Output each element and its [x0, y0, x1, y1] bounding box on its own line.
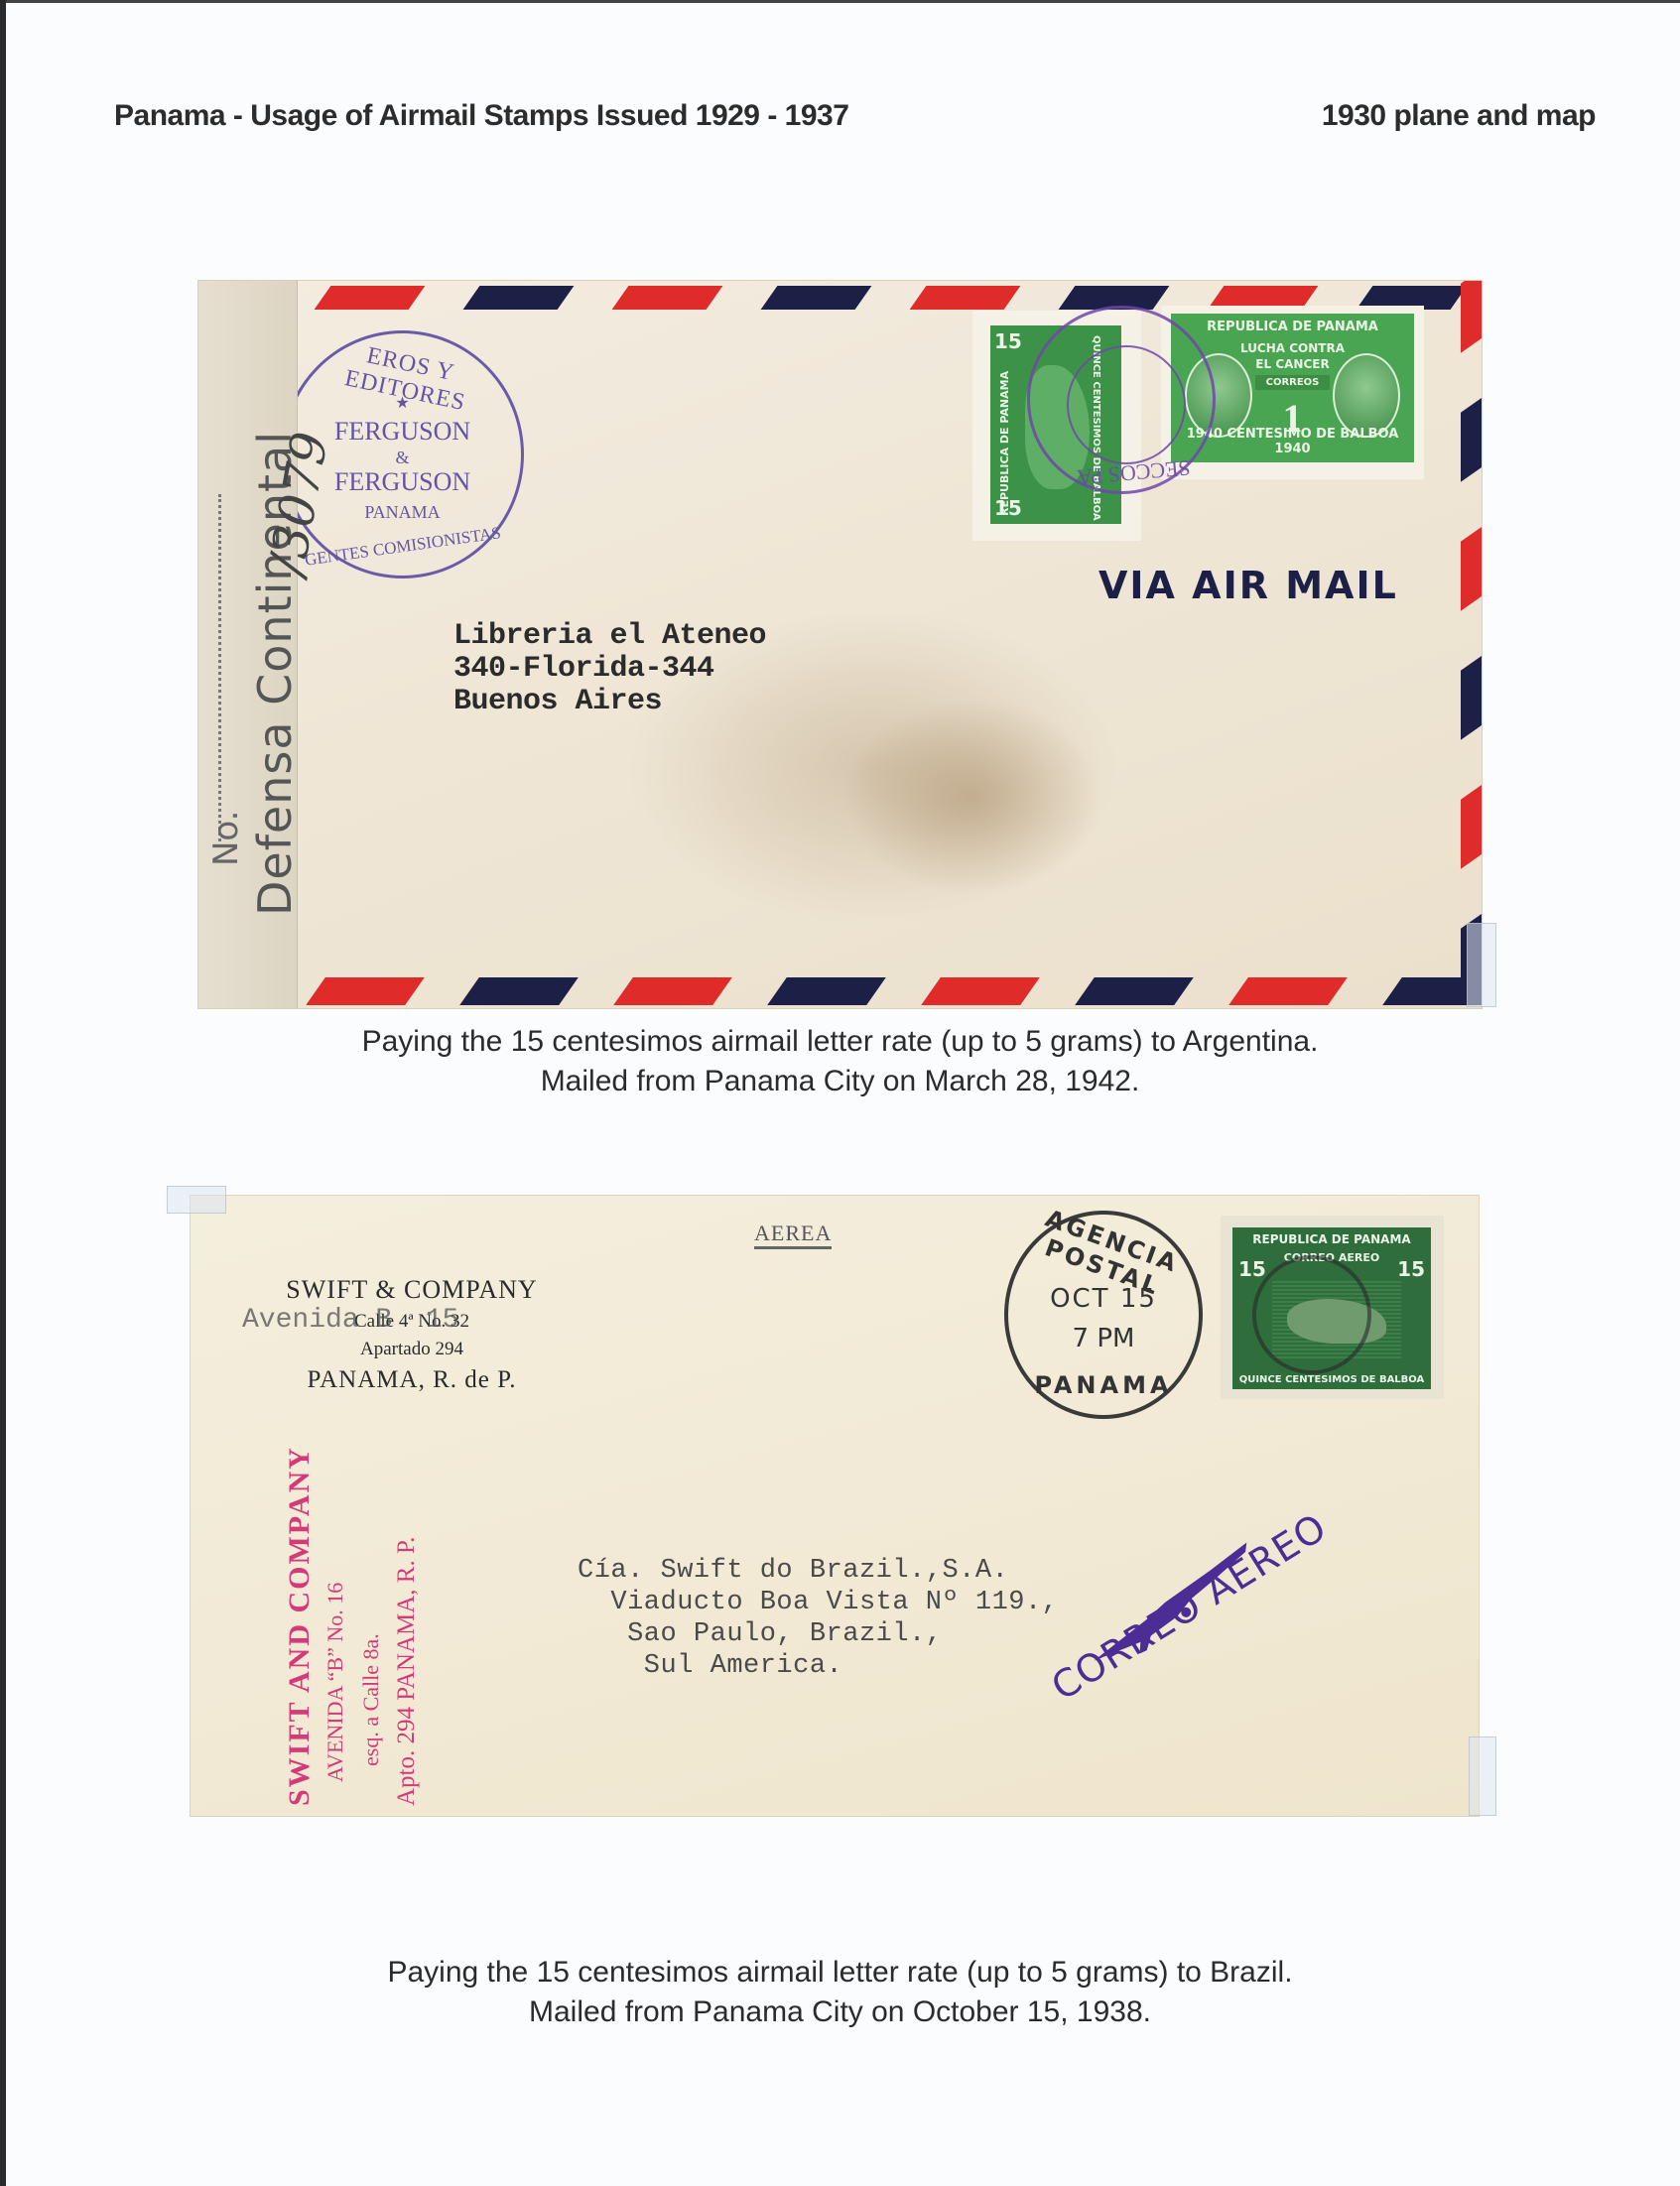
airmail-stripe — [612, 286, 723, 310]
page-subtitle: 1930 plane and map — [1322, 99, 1596, 133]
postmark-bottom-text: PANAMA — [1008, 1371, 1199, 1399]
seal-arc-bottom: GENTES COMISIONISTAS — [304, 523, 503, 571]
airmail-border-right — [1461, 281, 1482, 990]
correo-aereo-handstamp: CORREO AEREO — [1044, 1505, 1335, 1710]
airmail-stripe — [315, 286, 426, 310]
stamp-value: 15 — [994, 329, 1022, 353]
caption-line: Mailed from Panama City on March 28, 194… — [0, 1062, 1680, 1101]
postmark-date: OCT 15 — [1008, 1284, 1199, 1314]
portrait-marie-curie-icon — [1333, 353, 1400, 438]
star-icon: ★ — [284, 393, 521, 413]
airmail-stripe — [463, 286, 575, 310]
airmail-border-bottom — [316, 977, 1482, 1005]
stamp-text: LUCHA CONTRA — [1211, 341, 1374, 355]
sender-name: SWIFT & COMPANY — [248, 1275, 576, 1305]
airmail-stripe — [761, 286, 872, 310]
page-title: Panama - Usage of Airmail Stamps Issued … — [114, 99, 848, 133]
airmail-stripe — [1461, 784, 1482, 868]
recipient-address: Libreria el Ateneo340-Florida-344Buenos … — [453, 620, 766, 718]
stamp-value: 15 — [1397, 1257, 1425, 1281]
sender-po-box: Apartado 294 — [248, 1339, 576, 1360]
airmail-stripe — [1461, 397, 1482, 481]
cover-argentina-envelope: 15 15 REPUBLICA DE PANAMA QUINCE CENTESI… — [198, 281, 1482, 1008]
address-overprint: Avenida B 15 — [242, 1305, 458, 1336]
caption-line: Paying the 15 centesimos airmail letter … — [0, 1953, 1680, 1993]
scan-edge-top — [0, 0, 1680, 3]
airmail-stripe — [1461, 526, 1482, 610]
airmail-stripe — [1461, 655, 1482, 739]
censor-number-label: No. — [206, 811, 246, 866]
airmail-stripe — [921, 977, 1040, 1005]
airmail-stripe — [1461, 281, 1482, 353]
caption-cover-2: Paying the 15 centesimos airmail letter … — [0, 1953, 1680, 2032]
stamp-type: CORREOS — [1255, 375, 1330, 390]
airmail-stripe — [613, 977, 732, 1005]
handstamp-line: SWIFT AND COMPANY — [282, 1446, 318, 1806]
airmail-stripe — [306, 977, 425, 1005]
postmark-time: 7 PM — [1008, 1324, 1199, 1353]
handstamp-line: Apto. 294 PANAMA, R. P. — [389, 1446, 425, 1806]
caption-cover-1: Paying the 15 centesimos airmail letter … — [0, 1022, 1680, 1101]
airmail-stripe — [459, 977, 579, 1005]
stamp-value: 15 — [1238, 1257, 1266, 1281]
cover-brazil-envelope: AEREA SWIFT & COMPANY Calle 4ª No. 32 Ap… — [191, 1196, 1479, 1816]
stamp-country: REPUBLICA DE PANAMA — [998, 371, 1011, 516]
mount-corner — [1469, 1736, 1496, 1816]
mount-corner — [1467, 923, 1496, 1007]
via-air-mail-marking: VIA AIR MAIL — [1098, 564, 1398, 607]
handstamp-line: esq. a Calle 8a. — [353, 1446, 389, 1806]
aerea-marking: AEREA — [754, 1221, 832, 1249]
stamp-country: REPUBLICA DE PANAMA — [1171, 320, 1414, 334]
censor-tape: No. Defensa Continental /3079 — [198, 281, 298, 1008]
red-sender-handstamp: SWIFT AND COMPANY AVENIDA “B” No. 16 esq… — [282, 1446, 425, 1806]
censor-dotted-line — [218, 494, 222, 841]
stamp-denomination: QUINCE CENTESIMOS DE BALBOA — [1232, 1374, 1431, 1385]
airmail-stripe — [1075, 977, 1194, 1005]
agencia-postal-postmark: AGENCIA POSTAL OCT 15 7 PM PANAMA — [1004, 1211, 1203, 1419]
recipient-address: Cía. Swift do Brazil.,S.A. Viaducto Boa … — [578, 1555, 1058, 1682]
airmail-stripe — [910, 286, 1021, 310]
handstamp-line: AVENIDA “B” No. 16 — [318, 1446, 353, 1806]
water-stain — [843, 698, 1101, 896]
airmail-stripe — [1228, 977, 1348, 1005]
sender-city: PANAMA, R. de P. — [248, 1366, 576, 1394]
cancel-mark — [1252, 1255, 1371, 1374]
stamp-country: REPUBLICA DE PANAMA — [1232, 1232, 1431, 1246]
mount-corner — [167, 1186, 226, 1214]
caption-line: Mailed from Panama City on October 15, 1… — [0, 1993, 1680, 2032]
violet-postmark-inner — [1067, 345, 1186, 464]
caption-line: Paying the 15 centesimos airmail letter … — [0, 1022, 1680, 1062]
airmail-stripe — [767, 977, 886, 1005]
